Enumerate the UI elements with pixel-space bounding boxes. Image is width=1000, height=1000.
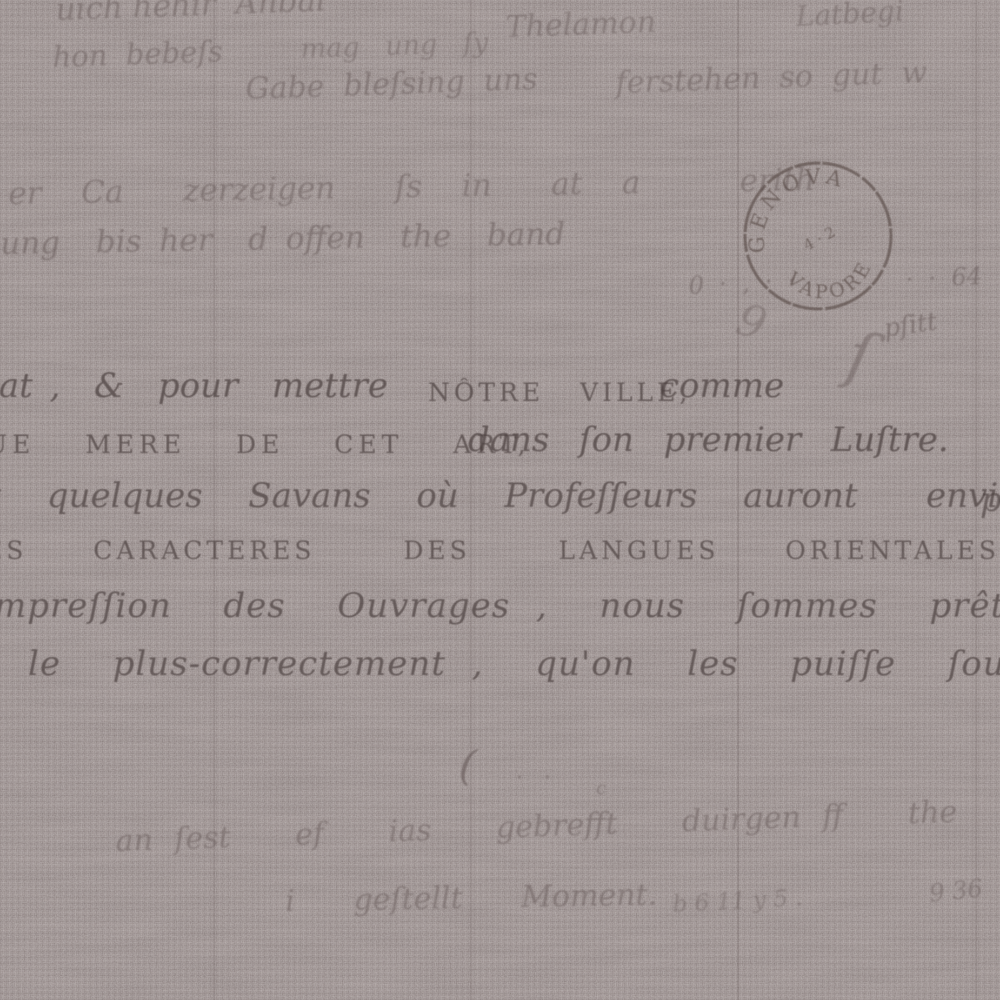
faint-script-line: hon bebeſs (52, 34, 223, 74)
printed-script-line: comme (660, 366, 784, 406)
faint-script-line: Latbegi (795, 0, 905, 33)
faint-script-line: ferstehen so gut w (615, 55, 928, 101)
faint-script-line: 9 36 (928, 874, 984, 907)
linen-wallpaper-canvas: GENOVA VAPORE 4 · 2 uich hehir AnbalThel… (0, 0, 1000, 1000)
printed-script-line: le plus-correctement , qu'on les puiſſe … (28, 644, 1000, 684)
printed-script-line: dans ſon premier Luſtre. (468, 420, 949, 460)
faint-script-line: pſitt (882, 307, 939, 343)
faint-script-line: mag ung ſy (300, 27, 489, 65)
faint-script-line: Gabe bleſsing uns (245, 62, 538, 107)
printed-script-line: mpreſſion des Ouvrages , nous ſommes prê… (0, 586, 1000, 626)
faint-flourish: ſ (841, 318, 880, 395)
faint-script-line: ung bis her d offen the band (0, 216, 565, 262)
printed-caps-line: UE MERE DE CET ART, (0, 430, 531, 459)
printed-script-line: p (980, 480, 1000, 520)
faint-script-line: i geſtellt Moment. (285, 878, 657, 919)
faint-mark: c (596, 778, 606, 799)
faint-script-line: an ſest ef ias gebrefft duirgen ff the r… (115, 786, 1000, 859)
faint-script-line: 0 · , · · (688, 266, 796, 300)
printed-caps-line: ES CARACTERES DES LANGUES ORIENTALES (0, 536, 1000, 565)
postmark-center-text: 4 · 2 (800, 223, 838, 255)
printed-script-line: ʒ quelques Savans où Profeſſeurs auront … (0, 476, 1000, 516)
printed-caps-line: NÔTRE VILLE, (428, 378, 691, 407)
faint-script-line: b 6 11 y 5 . (672, 885, 803, 918)
faint-script-line: · · 64 (905, 262, 983, 294)
faint-script-line: Thelamon (505, 5, 657, 45)
faint-mark: · · (516, 766, 551, 791)
faint-script-line: uich hehir Anbal (55, 0, 326, 28)
faint-mark: ( (457, 740, 478, 790)
printed-script-line: lat , & pour mettre (0, 366, 388, 406)
faint-script-line: er Ca zerzeigen ſs in at a erith (8, 162, 815, 212)
